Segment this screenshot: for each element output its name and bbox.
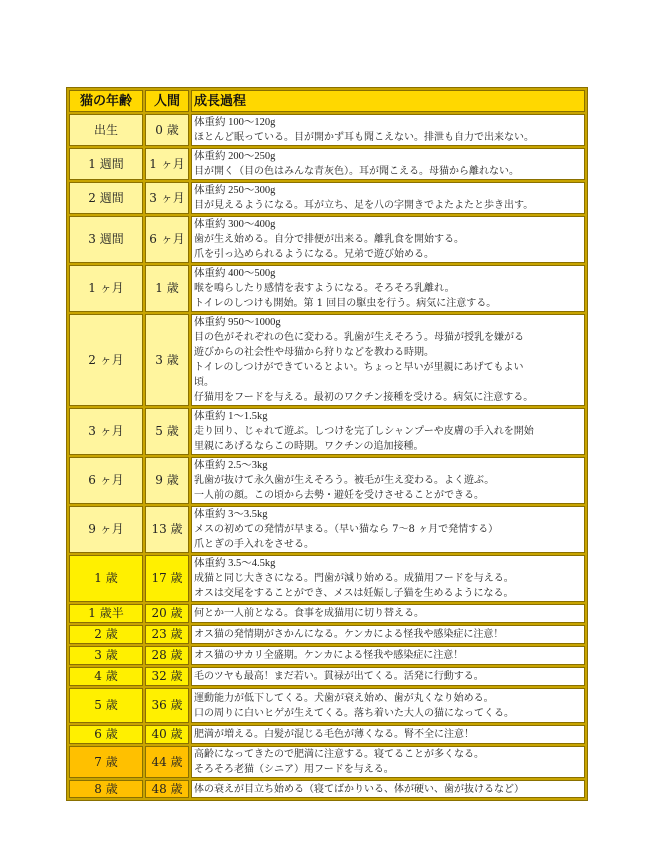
growth-cell: 体重約 300～400g歯が生え始める。自分で排便が出来る。離乳食を開始する。爪… [191,216,585,263]
growth-line: 喉を鳴らしたり感情を表すようになる。そろそろ乳離れ。 [194,281,582,296]
weight-text: 体重約 250～300g [194,183,582,198]
cat-age-cell: 6 ヶ月 [69,457,143,504]
growth-cell: 体重約 3～3.5kgメスの初めての発情が早まる。（早い猫なら 7～8 ヶ月で発… [191,506,585,553]
weight-text: 体重約 200～250g [194,149,582,164]
cat-age-cell: 5 歳 [69,688,143,723]
growth-line: トイレのしつけができているとよい。ちょっと早いが里親にあげてもよい [194,360,582,375]
growth-line: 頃。 [194,375,582,390]
human-age-cell: 20 歳 [145,604,189,623]
growth-line: オス猫のサカリ全盛期。ケンカによる怪我や感染症に注意！ [194,648,582,663]
cat-age-cell: 3 歳 [69,646,143,665]
growth-cell: 体重約 200～250g目が開く（目の色はみんな青灰色）。耳が聞こえる。母猫から… [191,148,585,180]
growth-line: 里親にあげるならこの時期。ワクチンの追加接種。 [194,439,582,454]
cat-age-cell: 1 歳 [69,555,143,602]
growth-line: 乳歯が抜けて永久歯が生えそろう。被毛が生え変わる。よく遊ぶ。 [194,473,582,488]
table-header-row: 猫の年齢 人間 成長過程 [69,90,585,112]
growth-cell: 何とか一人前となる。食事を成猫用に切り替える。 [191,604,585,623]
header-human-age: 人間 [145,90,189,112]
table-row: 2 ヶ月3 歳体重約 950～1000g目の色がそれぞれの色に変わる。乳歯が生え… [69,314,585,406]
table-row: 3 ヶ月5 歳体重約 1～1.5kg走り回り、じゃれて遊ぶ。しつけを完了しシャン… [69,408,585,455]
table-row: 出生0 歳体重約 100～120gほとんど眠っている。目が開かず耳も聞こえない。… [69,114,585,146]
human-age-cell: 13 歳 [145,506,189,553]
table-row: 7 歳44 歳高齢になってきたので肥満に注意する。寝てることが多くなる。そろそろ… [69,746,585,778]
cat-age-cell: 4 歳 [69,667,143,686]
growth-cell: 肥満が増える。白髪が混じる毛色が薄くなる。腎不全に注意！ [191,725,585,744]
human-age-cell: 3 歳 [145,314,189,406]
growth-cell: 体の衰えが目立ち始める（寝てばかりいる、体が硬い、歯が抜けるなど） [191,780,585,798]
table-row: 1 歳半20 歳何とか一人前となる。食事を成猫用に切り替える。 [69,604,585,623]
cat-age-cell: 3 ヶ月 [69,408,143,455]
human-age-cell: 5 歳 [145,408,189,455]
cat-age-table: 猫の年齢 人間 成長過程 出生0 歳体重約 100～120gほとんど眠っている。… [66,87,588,801]
cat-age-cell: 6 歳 [69,725,143,744]
growth-line: 走り回り、じゃれて遊ぶ。しつけを完了しシャンプーや皮膚の手入れを開始 [194,424,582,439]
growth-cell: 運動能力が低下してくる。犬歯が衰え始め、歯が丸くなり始める。口の周りに白いヒゲが… [191,688,585,723]
table-row: 4 歳32 歳毛のツヤも最高！まだ若い。貫禄が出てくる。活発に行動する。 [69,667,585,686]
growth-line: 歯が生え始める。自分で排便が出来る。離乳食を開始する。 [194,232,582,247]
growth-line: トイレのしつけも開始。第 1 回目の駆虫を行う。病気に注意する。 [194,296,582,311]
human-age-cell: 36 歳 [145,688,189,723]
table-row: 6 歳40 歳肥満が増える。白髪が混じる毛色が薄くなる。腎不全に注意！ [69,725,585,744]
weight-text: 体重約 100～120g [194,115,582,130]
cat-age-cell: 2 歳 [69,625,143,644]
human-age-cell: 17 歳 [145,555,189,602]
growth-cell: 体重約 3.5～4.5kg成猫と同じ大きさになる。門歯が減り始める。成猫用フード… [191,555,585,602]
header-cat-age: 猫の年齢 [69,90,143,112]
weight-text: 体重約 950～1000g [194,315,582,330]
cat-age-cell: 8 歳 [69,780,143,798]
human-age-cell: 1 ヶ月 [145,148,189,180]
growth-line: 毛のツヤも最高！まだ若い。貫禄が出てくる。活発に行動する。 [194,669,582,684]
growth-line: 爪とぎの手入れをさせる。 [194,537,582,552]
human-age-cell: 0 歳 [145,114,189,146]
human-age-cell: 44 歳 [145,746,189,778]
human-age-cell: 28 歳 [145,646,189,665]
growth-cell: 毛のツヤも最高！まだ若い。貫禄が出てくる。活発に行動する。 [191,667,585,686]
human-age-cell: 1 歳 [145,265,189,312]
growth-line: 体の衰えが目立ち始める（寝てばかりいる、体が硬い、歯が抜けるなど） [194,782,582,797]
cat-age-cell: 1 ヶ月 [69,265,143,312]
growth-line: 肥満が増える。白髪が混じる毛色が薄くなる。腎不全に注意！ [194,727,582,742]
table-row: 8 歳48 歳体の衰えが目立ち始める（寝てばかりいる、体が硬い、歯が抜けるなど） [69,780,585,798]
cat-age-cell: 2 ヶ月 [69,314,143,406]
growth-line: 口の周りに白いヒゲが生えてくる。落ち着いた大人の猫になってくる。 [194,706,582,721]
weight-text: 体重約 1～1.5kg [194,409,582,424]
growth-cell: 体重約 2.5～3kg乳歯が抜けて永久歯が生えそろう。被毛が生え変わる。よく遊ぶ… [191,457,585,504]
table-row: 1 ヶ月1 歳体重約 400～500g喉を鳴らしたり感情を表すようになる。そろそ… [69,265,585,312]
growth-cell: 体重約 400～500g喉を鳴らしたり感情を表すようになる。そろそろ乳離れ。トイ… [191,265,585,312]
human-age-cell: 6 ヶ月 [145,216,189,263]
growth-cell: 体重約 250～300g目が見えるようになる。耳が立ち、足を八の字開きでよたよた… [191,182,585,214]
cat-age-cell: 3 週間 [69,216,143,263]
cat-age-cell: 出生 [69,114,143,146]
weight-text: 体重約 300～400g [194,217,582,232]
growth-line: ほとんど眠っている。目が開かず耳も聞こえない。排泄も自力で出来ない。 [194,130,582,145]
table-row: 3 週間6 ヶ月体重約 300～400g歯が生え始める。自分で排便が出来る。離乳… [69,216,585,263]
table-row: 9 ヶ月13 歳体重約 3～3.5kgメスの初めての発情が早まる。（早い猫なら … [69,506,585,553]
growth-line: 目の色がそれぞれの色に変わる。乳歯が生えそろう。母猫が授乳を嫌がる [194,330,582,345]
table-row: 2 週間3 ヶ月体重約 250～300g目が見えるようになる。耳が立ち、足を八の… [69,182,585,214]
growth-line: オス猫の発情期がさかんになる。ケンカによる怪我や感染症に注意！ [194,627,582,642]
growth-line: 何とか一人前となる。食事を成猫用に切り替える。 [194,606,582,621]
weight-text: 体重約 400～500g [194,266,582,281]
growth-line: 目が開く（目の色はみんな青灰色）。耳が聞こえる。母猫から離れない。 [194,164,582,179]
table-row: 5 歳36 歳運動能力が低下してくる。犬歯が衰え始め、歯が丸くなり始める。口の周… [69,688,585,723]
human-age-cell: 9 歳 [145,457,189,504]
growth-cell: オス猫のサカリ全盛期。ケンカによる怪我や感染症に注意！ [191,646,585,665]
table-row: 6 ヶ月9 歳体重約 2.5～3kg乳歯が抜けて永久歯が生えそろう。被毛が生え変… [69,457,585,504]
cat-age-cell: 1 歳半 [69,604,143,623]
growth-line: メスの初めての発情が早まる。（早い猫なら 7～8 ヶ月で発情する） [194,522,582,537]
cat-age-cell: 7 歳 [69,746,143,778]
growth-line: 目が見えるようになる。耳が立ち、足を八の字開きでよたよたと歩き出す。 [194,198,582,213]
growth-cell: 高齢になってきたので肥満に注意する。寝てることが多くなる。そろそろ老猫（シニア）… [191,746,585,778]
weight-text: 体重約 3～3.5kg [194,507,582,522]
growth-cell: 体重約 100～120gほとんど眠っている。目が開かず耳も聞こえない。排泄も自力… [191,114,585,146]
growth-line: 仔猫用をフードを与える。最初のワクチン接種を受ける。病気に注意する。 [194,390,582,405]
table-row: 1 週間1 ヶ月体重約 200～250g目が開く（目の色はみんな青灰色）。耳が聞… [69,148,585,180]
weight-text: 体重約 3.5～4.5kg [194,556,582,571]
table-row: 2 歳23 歳オス猫の発情期がさかんになる。ケンカによる怪我や感染症に注意！ [69,625,585,644]
header-growth: 成長過程 [191,90,585,112]
growth-cell: 体重約 1～1.5kg走り回り、じゃれて遊ぶ。しつけを完了しシャンプーや皮膚の手… [191,408,585,455]
growth-line: 一人前の顔。この頃から去勢・避妊を受けさせることができる。 [194,488,582,503]
growth-line: 成猫と同じ大きさになる。門歯が減り始める。成猫用フードを与える。 [194,571,582,586]
human-age-cell: 3 ヶ月 [145,182,189,214]
human-age-cell: 23 歳 [145,625,189,644]
cat-age-cell: 2 週間 [69,182,143,214]
growth-line: 高齢になってきたので肥満に注意する。寝てることが多くなる。 [194,747,582,762]
growth-line: 運動能力が低下してくる。犬歯が衰え始め、歯が丸くなり始める。 [194,691,582,706]
growth-line: そろそろ老猫（シニア）用フードを与える。 [194,762,582,777]
cat-age-cell: 1 週間 [69,148,143,180]
table-body: 出生0 歳体重約 100～120gほとんど眠っている。目が開かず耳も聞こえない。… [69,114,585,798]
human-age-cell: 40 歳 [145,725,189,744]
growth-line: オスは交尾をすることができ、メスは妊娠し子猫を生めるようになる。 [194,586,582,601]
growth-line: 遊びからの社会性や母猫から狩りなどを教わる時期。 [194,345,582,360]
table-row: 1 歳17 歳体重約 3.5～4.5kg成猫と同じ大きさになる。門歯が減り始める… [69,555,585,602]
growth-cell: 体重約 950～1000g目の色がそれぞれの色に変わる。乳歯が生えそろう。母猫が… [191,314,585,406]
growth-cell: オス猫の発情期がさかんになる。ケンカによる怪我や感染症に注意！ [191,625,585,644]
human-age-cell: 32 歳 [145,667,189,686]
weight-text: 体重約 2.5～3kg [194,458,582,473]
table-row: 3 歳28 歳オス猫のサカリ全盛期。ケンカによる怪我や感染症に注意！ [69,646,585,665]
cat-age-cell: 9 ヶ月 [69,506,143,553]
human-age-cell: 48 歳 [145,780,189,798]
growth-line: 爪を引っ込められるようになる。兄弟で遊び始める。 [194,247,582,262]
